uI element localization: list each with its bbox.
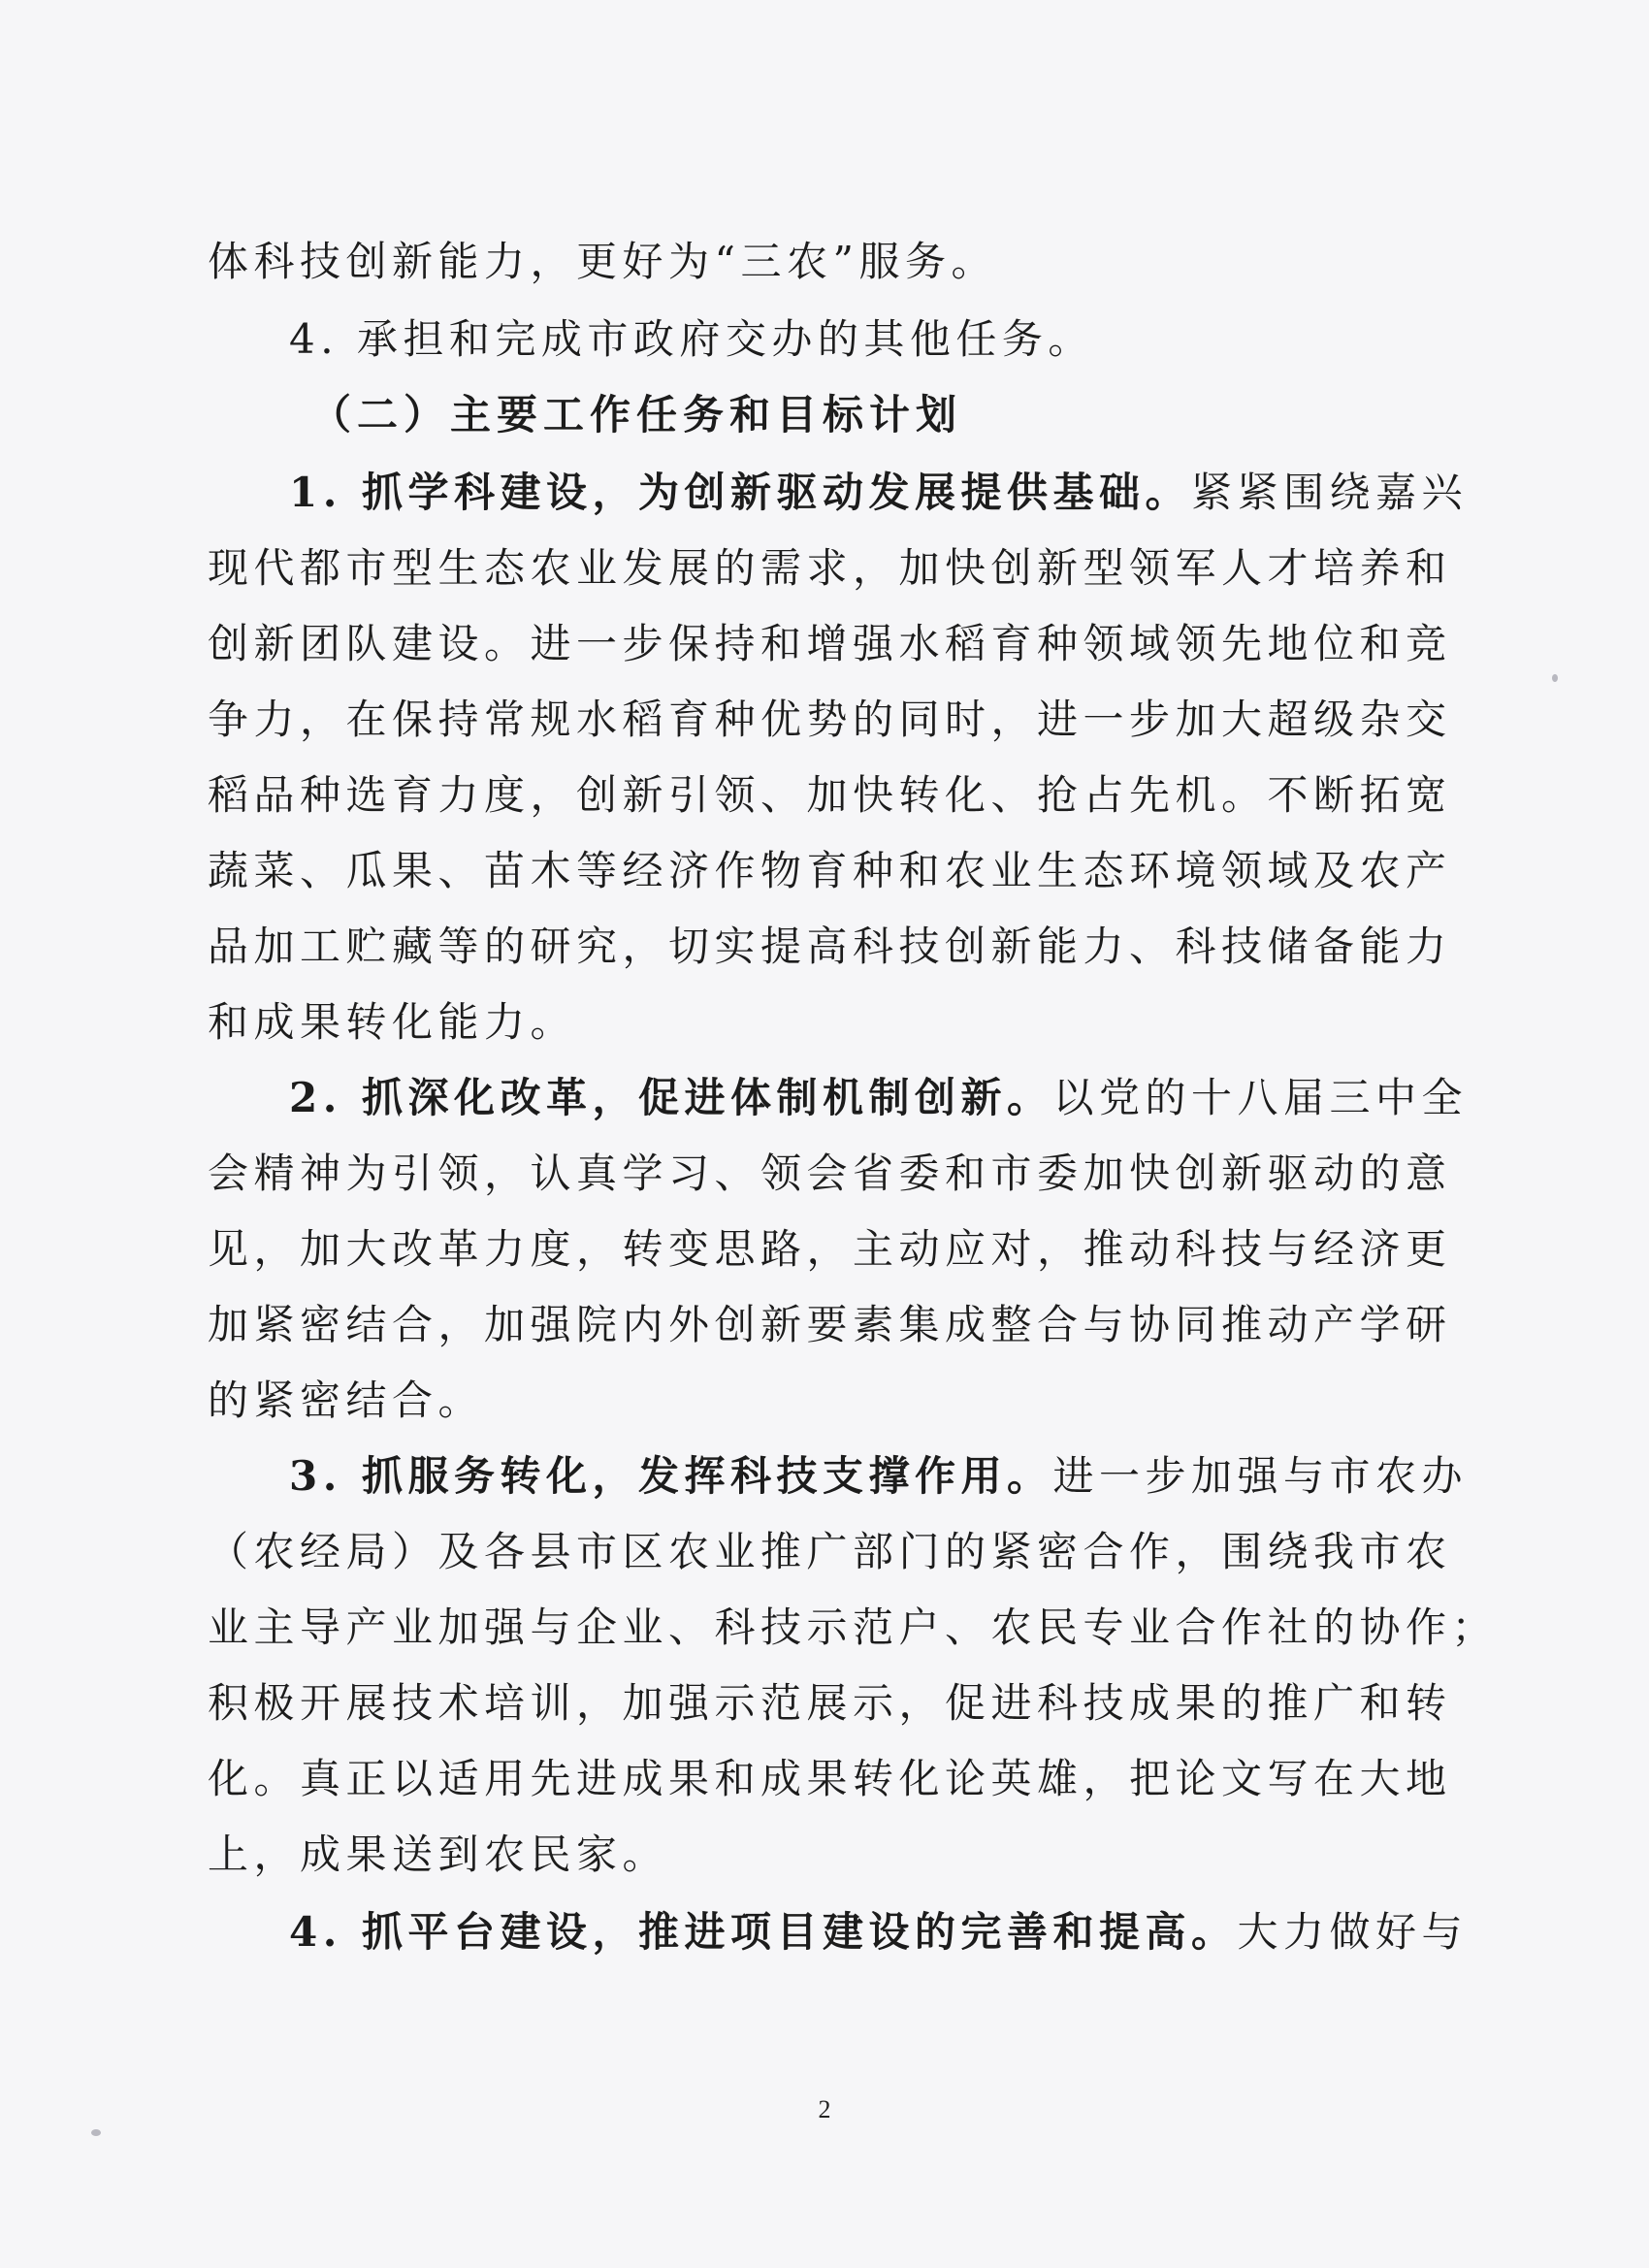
scan-speck — [91, 2129, 101, 2136]
paragraph-line: 品加工贮藏等的研究，切实提高科技创新能力、科技储备能力 — [208, 918, 1362, 976]
paragraph-line: 化。真正以适用先进成果和成果转化论英雄，把论文写在大地 — [208, 1750, 1362, 1808]
paragraph-line: 见，加大改革力度，转变思路，主动应对，推动科技与经济更 — [208, 1220, 1362, 1279]
paragraph-line: 加紧密结合，加强院内外创新要素集成整合与协同推动产学研 — [208, 1296, 1362, 1354]
paragraph-line: 争力，在保持常规水稻育种优势的同时，进一步加大超级杂交 — [208, 691, 1362, 749]
paragraph-line: （农经局）及各县市区农业推广部门的紧密合作，围绕我市农 — [208, 1523, 1362, 1581]
paragraph-line: 稻品种选育力度，创新引领、加快转化、抢占先机。不断拓宽 — [208, 766, 1362, 825]
item-3-text: 进一步加强与市农办 — [1052, 1452, 1468, 1500]
paragraph-continuation-line: 体科技创新能力，更好为“三农”服务。 — [208, 233, 1362, 291]
paragraph-line: 会精神为引领，认真学习、领会省委和市委加快创新驱动的意 — [208, 1145, 1362, 1203]
paragraph-line: 现代都市型生态农业发展的需求，加快创新型领军人才培养和 — [208, 539, 1362, 598]
item-2-text: 以党的十八届三中全 — [1052, 1074, 1468, 1121]
paragraph-line: 的紧密结合。 — [208, 1372, 1362, 1430]
page-number: 2 — [0, 2095, 1649, 2124]
paragraph-line: 蔬菜、瓜果、苗木等经济作物育种和农业生态环境领域及农产 — [208, 842, 1362, 900]
item-2-lead: 2. 抓深化改革，促进体制机制创新。 — [289, 1074, 1052, 1121]
item-3-lead: 3. 抓服务转化，发挥科技支撑作用。 — [289, 1452, 1052, 1500]
document-page: 体科技创新能力，更好为“三农”服务。 4. 承担和完成市政府交办的其他任务。 （… — [0, 0, 1649, 2268]
item-4-lead: 4. 抓平台建设，推进项目建设的完善和提高。 — [289, 1908, 1237, 1956]
paragraph-line: 创新团队建设。进一步保持和增强水稻育种领域领先地位和竞 — [208, 615, 1362, 673]
item-1-first-line: 1. 抓学科建设，为创新驱动发展提供基础。紧紧围绕嘉兴 — [289, 464, 1443, 522]
item-4-text: 大力做好与 — [1237, 1908, 1468, 1956]
paragraph-line: 积极开展技术培训，加强示范展示，促进科技成果的推广和转 — [208, 1674, 1362, 1733]
item-1-lead: 1. 抓学科建设，为创新驱动发展提供基础。 — [289, 469, 1191, 516]
item-3-first-line: 3. 抓服务转化，发挥科技支撑作用。进一步加强与市农办 — [289, 1447, 1443, 1506]
paragraph-line: 上，成果送到农民家。 — [208, 1826, 1362, 1884]
scan-speck — [1552, 674, 1558, 682]
item-1-text: 紧紧围绕嘉兴 — [1191, 469, 1468, 516]
paragraph-line: 业主导产业加强与企业、科技示范户、农民专业合作社的协作； — [208, 1599, 1362, 1657]
paragraph-line: 和成果转化能力。 — [208, 993, 1362, 1052]
item-4-first-line: 4. 抓平台建设，推进项目建设的完善和提高。大力做好与 — [289, 1903, 1443, 1961]
section-heading: （二）主要工作任务和目标计划 — [310, 386, 1465, 444]
item-2-first-line: 2. 抓深化改革，促进体制机制创新。以党的十八届三中全 — [289, 1069, 1443, 1127]
list-item-4: 4. 承担和完成市政府交办的其他任务。 — [289, 310, 1443, 369]
